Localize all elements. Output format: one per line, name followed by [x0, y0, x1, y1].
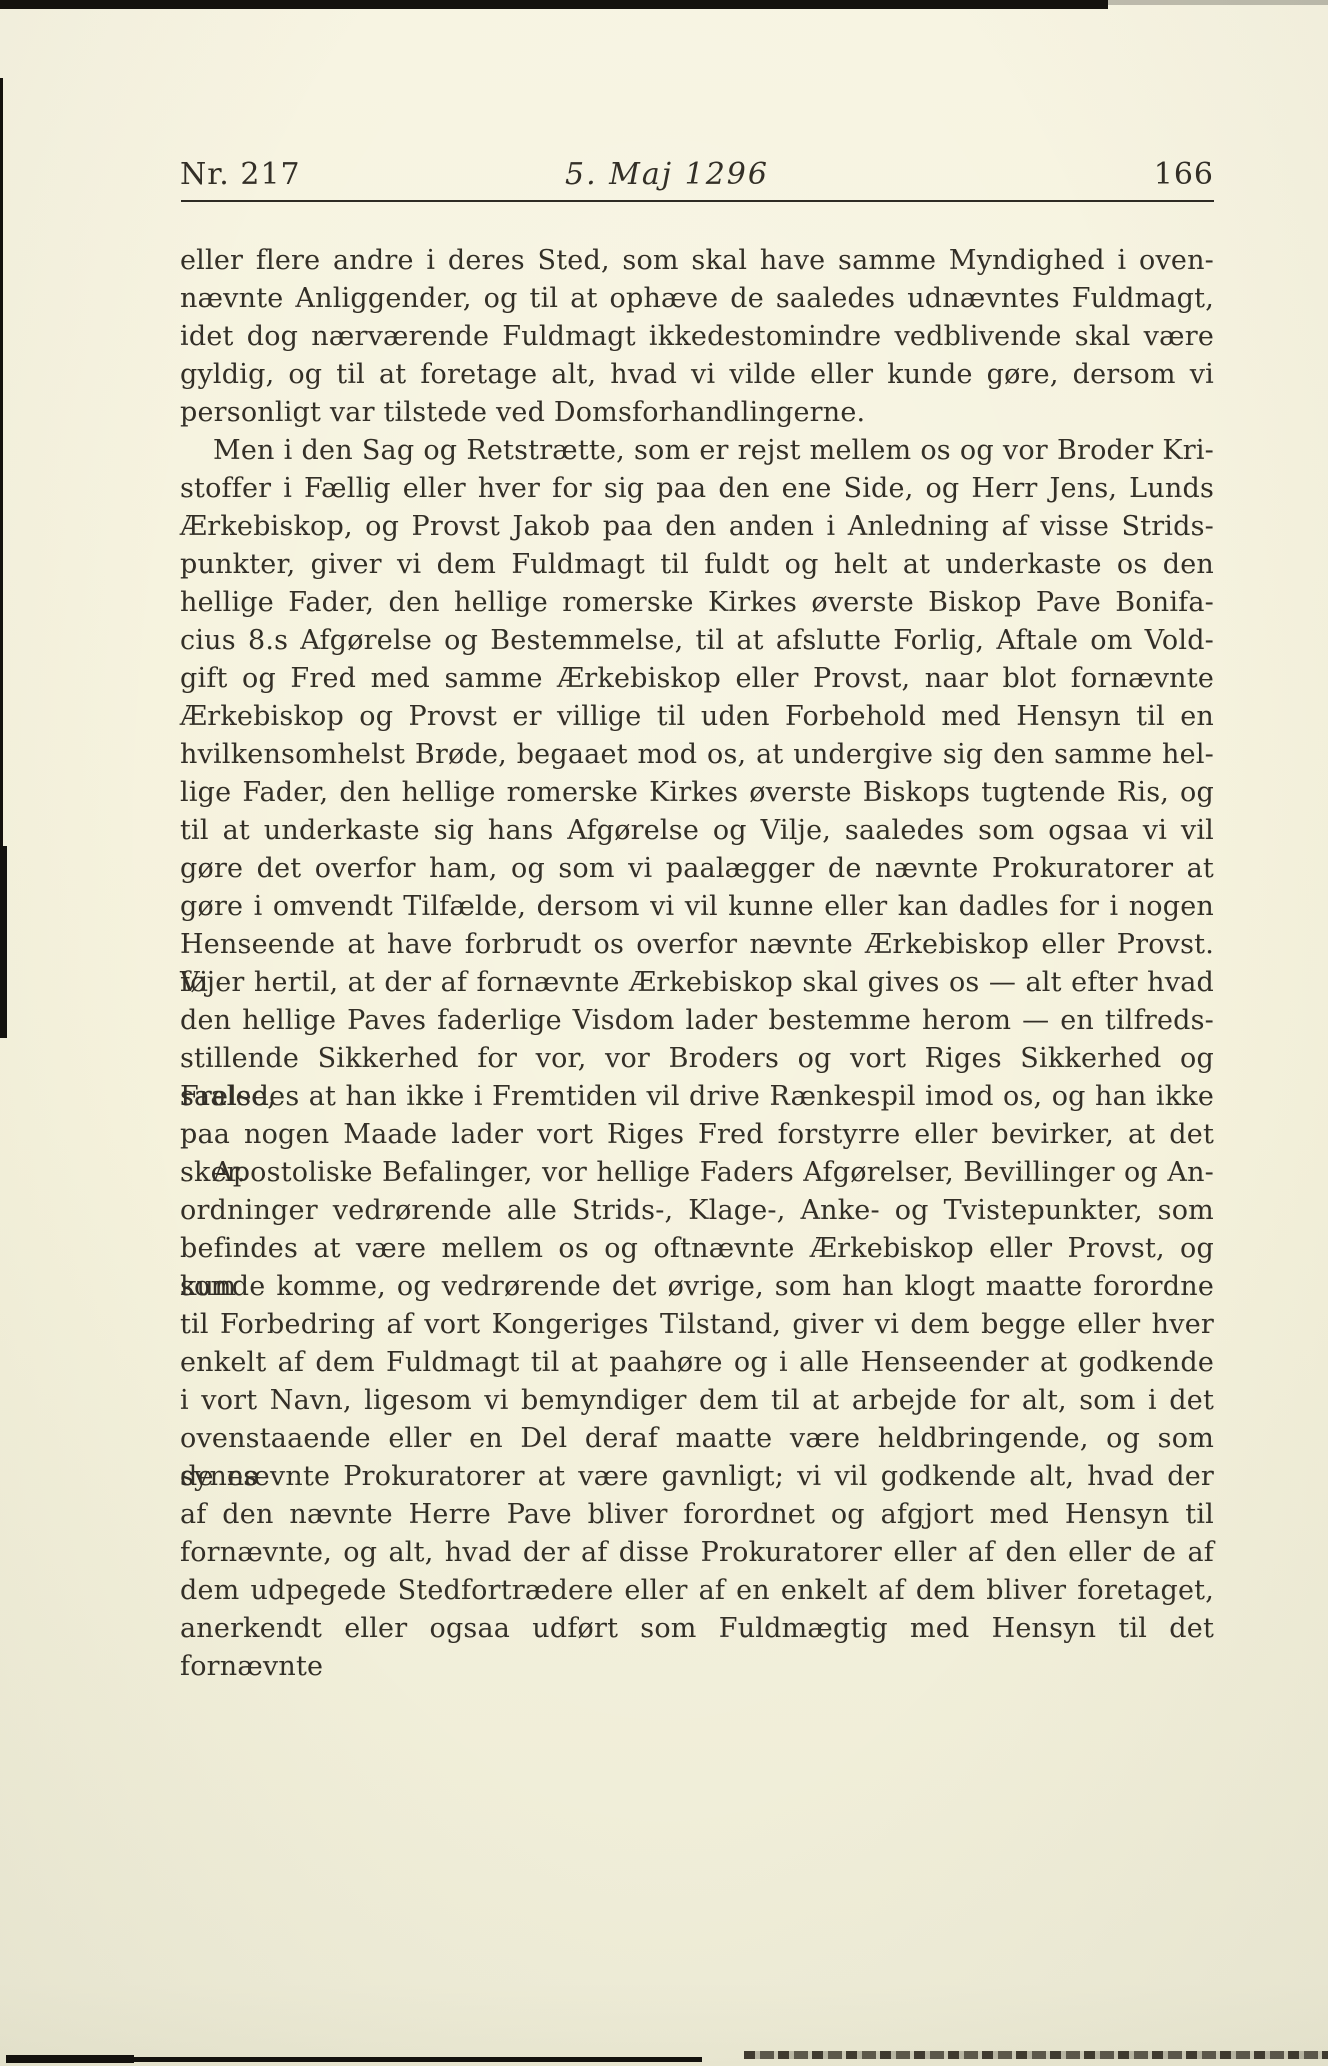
text-line: stoffer i Fællig eller hver for sig paa …	[180, 470, 1214, 508]
text-line: hvilkensomhelst Brøde, begaaet mod os, a…	[180, 736, 1214, 774]
text-line: personligt var tilstede ved Domsforhandl…	[180, 394, 1214, 432]
text-line: nævnte Anliggender, og til at ophæve de …	[180, 280, 1214, 318]
document-date: 5. Maj 1296	[180, 157, 1154, 192]
text-line: stillende Sikkerhed for vor, vor Broders…	[180, 1040, 1214, 1078]
text-line: Ærkebiskop, og Provst Jakob paa den ande…	[180, 508, 1214, 546]
text-line: gift og Fred med samme Ærkebiskop eller …	[180, 660, 1214, 698]
text-line: Men i den Sag og Retstrætte, som er rejs…	[180, 432, 1214, 470]
text-line: lige Fader, den hellige romerske Kirkes …	[180, 774, 1214, 812]
scan-artifact-bottom-dashed-edge	[744, 2051, 1328, 2059]
text-line: fornævnte, og alt, hvad der af disse Pro…	[180, 1534, 1214, 1572]
text-line: ordninger vedrørende alle Strids-, Klage…	[180, 1192, 1214, 1230]
text-line: Ærkebiskop og Provst er villige til uden…	[180, 698, 1214, 736]
text-line: kunde komme, og vedrørende det øvrige, s…	[180, 1268, 1214, 1306]
scan-artifact-bottom-edge-thick	[6, 2055, 134, 2063]
text-line: cius 8.s Afgørelse og Bestemmelse, til a…	[180, 622, 1214, 660]
text-line: de nævnte Prokuratorer at være gavnligt;…	[180, 1458, 1214, 1496]
scan-artifact-top-edge-fade	[1108, 0, 1328, 5]
text-line: Apostoliske Befalinger, vor hellige Fade…	[180, 1154, 1214, 1192]
scan-artifact-top-edge	[0, 0, 1108, 9]
text-line: den hellige Paves faderlige Visdom lader…	[180, 1002, 1214, 1040]
scan-artifact-bottom-edge	[134, 2057, 702, 2062]
document-text-block: eller flere andre i deres Sted, som skal…	[180, 242, 1214, 1648]
text-line: ovenstaaende eller en Del deraf maatte v…	[180, 1420, 1214, 1458]
text-line: gyldig, og til at foretage alt, hvad vi …	[180, 356, 1214, 394]
header-rule	[181, 200, 1214, 202]
text-line: til at underkaste sig hans Afgørelse og …	[180, 812, 1214, 850]
text-line: af den nævnte Herre Pave bliver forordne…	[180, 1496, 1214, 1534]
text-line: dem udpegede Stedfortrædere eller af en …	[180, 1572, 1214, 1610]
text-line: idet dog nærværende Fuldmagt ikkedestomi…	[180, 318, 1214, 356]
text-line: Henseende at have forbrudt os overfor næ…	[180, 926, 1214, 964]
text-line: i vort Navn, ligesom vi bemyndiger dem t…	[180, 1382, 1214, 1420]
text-line: enkelt af dem Fuldmagt til at paahøre og…	[180, 1344, 1214, 1382]
text-line: gøre det overfor ham, og som vi paalægge…	[180, 850, 1214, 888]
text-line: befindes at være mellem os og oftnævnte …	[180, 1230, 1214, 1268]
text-line: eller flere andre i deres Sted, som skal…	[180, 242, 1214, 280]
text-line: paa nogen Maade lader vort Riges Fred fo…	[180, 1116, 1214, 1154]
text-line: hellige Fader, den hellige romerske Kirk…	[180, 584, 1214, 622]
scan-artifact-left-edge-thick	[0, 846, 7, 1038]
text-line: til Forbedring af vort Kongeriges Tilsta…	[180, 1306, 1214, 1344]
text-line: anerkendt eller ogsaa udført som Fuldmæg…	[180, 1610, 1214, 1648]
text-line: punkter, giver vi dem Fuldmagt til fuldt…	[180, 546, 1214, 584]
text-line: føjer hertil, at der af fornævnte Ærkebi…	[180, 964, 1214, 1002]
page-number: 166	[1154, 157, 1214, 192]
text-line: gøre i omvendt Tilfælde, dersom vi vil k…	[180, 888, 1214, 926]
page-header: Nr. 217 5. Maj 1296 166	[180, 152, 1214, 192]
text-line: saaledes at han ikke i Fremtiden vil dri…	[180, 1078, 1214, 1116]
